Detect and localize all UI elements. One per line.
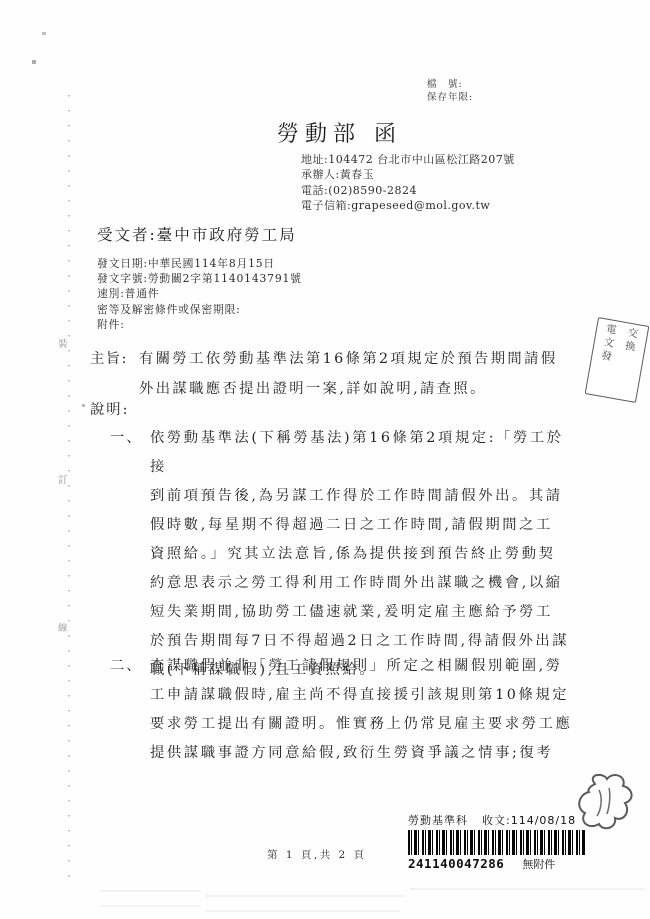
file-meta-block: 檔 號: 保存年限: [427,78,473,104]
scan-artifact-line [205,895,405,897]
issue-date-line: 發文日期:中華民國114年8月15日 [97,256,302,271]
explanation-item-2: 二、 查謀職假並非「勞工請假規則」所定之相關假別範圍,勞 工申請謀職假時,雇主尚… [110,652,575,768]
scan-speck [82,404,85,407]
explanation-item-1: 一、 依勞動基準法(下稱勞基法)第16條第2項規定:「勞工於接 到前項預告後,為… [110,424,575,685]
page-number: 第 1 頁,共 2 頁 [267,847,367,862]
subject-label: 主旨: [90,345,139,404]
subject-section: 主旨: 有關勞工依勞動基準法第16條第2項規定於預告期間請假 外出謀職應否提出證… [90,345,569,404]
recipient-line: 受文者:臺中市政府勞工局 [97,223,297,245]
item-marker: 二、 [110,652,150,768]
agency-contact-block: 地址:104472 台北市中山區松江路207號 承辦人:黃春玉 電話:(02)8… [301,152,515,214]
doc-number-line: 發文字號:勞動關2字第1140143791號 [97,271,302,286]
exchange-stamp-text: 交換 [614,326,641,398]
speed-line: 速別:普通件 [97,286,302,301]
explanation-label: 說明: [90,399,129,419]
document-meta-block: 發文日期:中華民國114年8月15日 發文字號:勞動關2字第1140143791… [97,256,302,332]
scan-artifact-line [100,890,200,892]
address-line: 地址:104472 台北市中山區松江路207號 [301,152,515,167]
subject-text: 有關勞工依勞動基準法第16條第2項規定於預告期間請假 外出謀職應否提出證明一案,… [139,345,569,404]
binding-mark-xian: 線 [58,620,68,634]
electronic-exchange-stamp: 電文發 交換 [585,317,650,403]
item-text: 依勞動基準法(下稱勞基法)第16條第2項規定:「勞工於接 到前項預告後,為另謀工… [150,424,575,685]
barcode [408,830,585,855]
received-date: 收文:114/08/18 [482,812,576,828]
binding-mark-ding: 訂 [58,472,68,486]
barcode-number: 241140047286 [408,856,504,871]
received-stamp-header: 勞動基準科 收文:114/08/18 [408,812,590,828]
contact-person-line: 承辦人:黃春玉 [301,167,515,182]
received-stamp: 勞動基準科 收文:114/08/18 241140047286 無附件 [408,812,590,872]
scan-artifact-line [100,905,200,907]
retention-label: 保存年限: [427,91,473,104]
file-number-label: 檔 號: [427,78,473,91]
document-page: 檔 號: 保存年限: 勞動部 函 地址:104472 台北市中山區松江路207號… [0,0,650,919]
scan-artifact-line [410,888,645,890]
ink-smudge-stamp [573,770,639,844]
item-marker: 一、 [110,424,150,685]
scan-speck [42,32,46,35]
scan-artifact-line [205,910,400,912]
binding-dotted-line [68,95,70,885]
scan-speck [32,60,36,64]
binding-mark-zhuang: 裝 [58,336,68,350]
received-dept: 勞動基準科 [408,812,468,828]
item-text: 查謀職假並非「勞工請假規則」所定之相關假別範圍,勞 工申請謀職假時,雇主尚不得直… [150,652,575,768]
email-line: 電子信箱:grapeseed@mol.gov.tw [301,198,515,213]
secrecy-line: 密等及解密條件或保密期限: [97,302,302,317]
attachment-line: 附件: [97,317,302,332]
received-stamp-footer: 241140047286 無附件 [408,856,590,872]
document-title: 勞動部 函 [277,117,402,148]
attachment-note: 無附件 [522,856,555,872]
phone-line: 電話:(02)8590-2824 [301,183,515,198]
